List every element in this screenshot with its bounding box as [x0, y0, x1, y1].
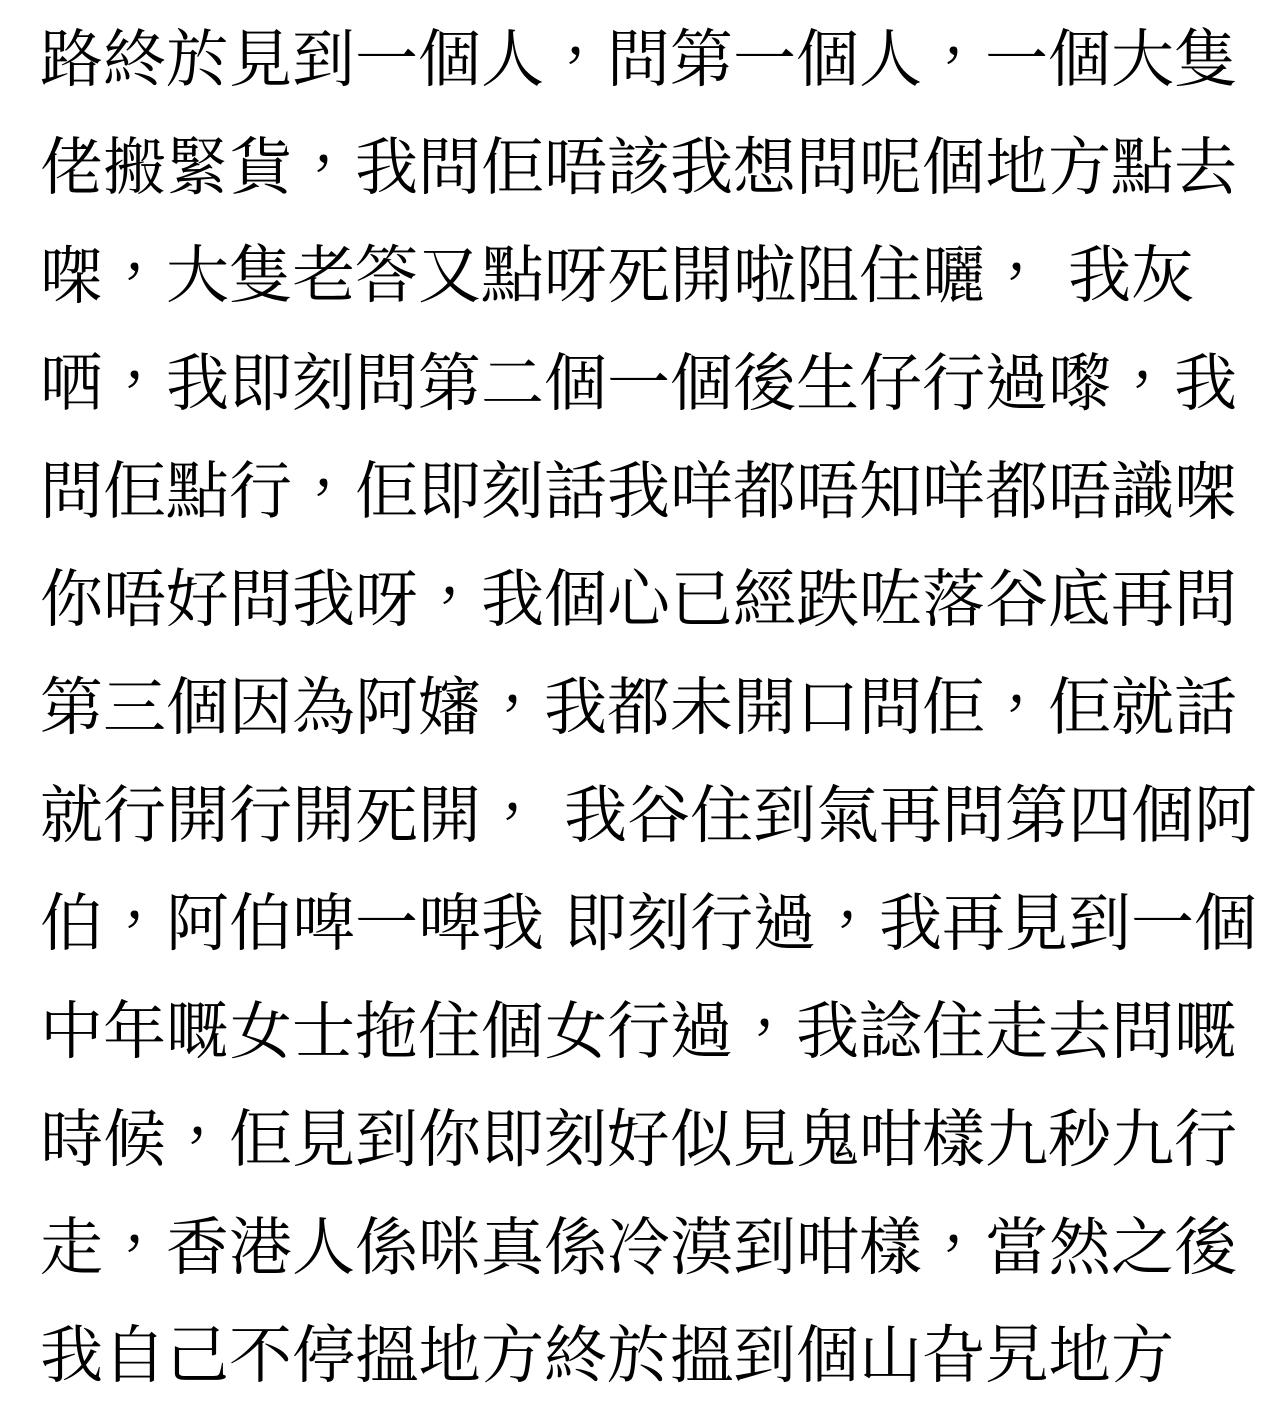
text-line: 㗎，大隻老答又點呀死開啦阻住曬， 我灰 — [40, 222, 1246, 330]
text-line: 時候，佢見到你即刻好似見鬼咁樣九秒九行 — [40, 1086, 1246, 1194]
text-line: 哂，我即刻問第二個一個後生仔行過嚟，我 — [40, 330, 1246, 438]
text-line: 路終於見到一個人，問第一個人，一個大隻 — [40, 6, 1246, 114]
paragraph-text-block: 路終於見到一個人，問第一個人，一個大隻 佬搬緊貨，我問佢唔該我想問呢個地方點去 … — [0, 0, 1284, 1410]
page-background: { "colors": { "background": "#ffffff", "… — [0, 0, 1284, 1417]
text-line: 伯，阿伯啤一啤我 即刻行過，我再見到一個 — [40, 870, 1246, 978]
text-line: 就行開行開死開， 我谷住到氣再問第四個阿 — [40, 762, 1246, 870]
text-line: 我自己不停搵地方終於搵到個山旮旯地方 — [40, 1302, 1246, 1410]
text-line: 走，香港人係咪真係冷漠到咁樣，當然之後 — [40, 1194, 1246, 1302]
text-line: 你唔好問我呀，我個心已經跌咗落谷底再問 — [40, 546, 1246, 654]
text-line: 問佢點行，佢即刻話我咩都唔知咩都唔識㗎 — [40, 438, 1246, 546]
text-line: 第三個因為阿嬸，我都未開口問佢，佢就話 — [40, 654, 1246, 762]
text-line: 佬搬緊貨，我問佢唔該我想問呢個地方點去 — [40, 114, 1246, 222]
text-line: 中年嘅女士拖住個女行過，我諗住走去問嘅 — [40, 978, 1246, 1086]
